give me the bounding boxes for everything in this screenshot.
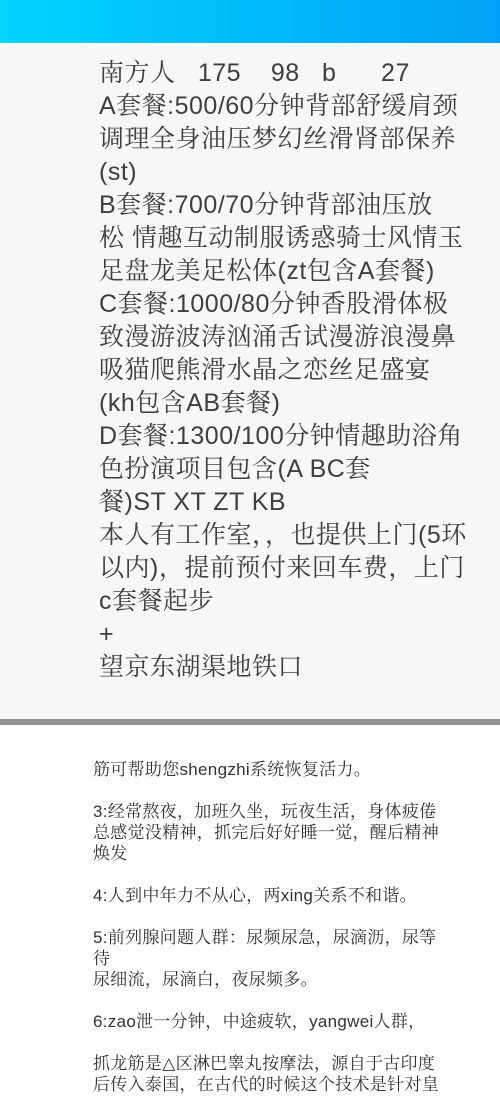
paragraph: 3:经常熬夜，加班久坐，玩夜生活，身体疲倦总感觉没精神，抓完后好好睡一觉，醒后精…: [93, 801, 470, 864]
text-line: 尿细流，尿滴白，夜尿频多。: [93, 969, 470, 990]
text-line: 松 情趣互动制服诱惑骑士风情玉: [99, 222, 470, 255]
text-line: 吸猫爬熊滑水晶之恋丝足盛宴: [99, 354, 470, 387]
text-line: 调理全身油压梦幻丝滑肾部保养: [99, 123, 470, 156]
text-line: 筋可帮助您shengzhi系统恢复活力。: [93, 759, 470, 780]
text-line: 5:前列腺问题人群：尿频尿急，尿滴沥，尿等: [93, 927, 470, 948]
text-line: (st): [99, 156, 470, 189]
package-info-section: 南方人 175 98 b 27A套餐:500/60分钟背部舒缓肩颈调理全身油压梦…: [0, 43, 500, 719]
text-line: 4:人到中年力不从心，两xing关系不和谐。: [93, 885, 470, 906]
text-line: 焕发: [93, 843, 470, 864]
text-line: (kh包含AB套餐): [99, 387, 470, 420]
text-line: 南方人 175 98 b 27: [99, 57, 470, 90]
paragraph: 5:前列腺问题人群：尿频尿急，尿滴沥，尿等待尿细流，尿滴白，夜尿频多。: [93, 927, 470, 990]
text-line: 待: [93, 948, 470, 969]
text-line: 抓龙筋是△区淋巴睾丸按摩法，源自于古印度: [93, 1053, 470, 1074]
text-line: 足盘龙美足松体(zt包含A套餐): [99, 255, 470, 288]
text-line: A套餐:500/60分钟背部舒缓肩颈: [99, 90, 470, 123]
package-info-text: 南方人 175 98 b 27A套餐:500/60分钟背部舒缓肩颈调理全身油压梦…: [99, 57, 470, 684]
text-line: 餐)ST XT ZT KB: [99, 486, 470, 519]
paragraph: 6:zao泄一分钟，中途疲软，yangwei人群，: [93, 1011, 470, 1032]
top-gradient-bar: [0, 0, 500, 43]
text-line: c套餐起步: [99, 585, 470, 618]
text-line: C套餐:1000/80分钟香股滑体极: [99, 288, 470, 321]
text-line: 3:经常熬夜，加班久坐，玩夜生活，身体疲倦: [93, 801, 470, 822]
text-line: 后传入泰国，在古代的时候这个技术是针对皇: [93, 1074, 470, 1095]
health-info-text: 筋可帮助您shengzhi系统恢复活力。3:经常熬夜，加班久坐，玩夜生活，身体疲…: [93, 759, 470, 1095]
paragraph: 筋可帮助您shengzhi系统恢复活力。: [93, 759, 470, 780]
text-line: 以内)，提前预付来回车费，上门: [99, 552, 470, 585]
text-line: 6:zao泄一分钟，中途疲软，yangwei人群，: [93, 1011, 470, 1032]
text-line: +: [99, 618, 470, 651]
paragraph: 4:人到中年力不从心，两xing关系不和谐。: [93, 885, 470, 906]
text-line: 望京东湖渠地铁口: [99, 651, 470, 684]
text-line: 总感觉没精神，抓完后好好睡一觉，醒后精神: [93, 822, 470, 843]
text-line: 色扮演项目包含(A BC套: [99, 453, 470, 486]
text-line: 致漫游波涛汹涌舌试漫游浪漫鼻: [99, 321, 470, 354]
health-info-section: 筋可帮助您shengzhi系统恢复活力。3:经常熬夜，加班久坐，玩夜生活，身体疲…: [0, 725, 500, 1095]
text-line: 本人有工作室，，也提供上门(5环: [99, 519, 470, 552]
text-line: B套餐:700/70分钟背部油压放: [99, 189, 470, 222]
text-line: D套餐:1300/100分钟情趣助浴角: [99, 420, 470, 453]
paragraph: 抓龙筋是△区淋巴睾丸按摩法，源自于古印度后传入泰国，在古代的时候这个技术是针对皇: [93, 1053, 470, 1095]
